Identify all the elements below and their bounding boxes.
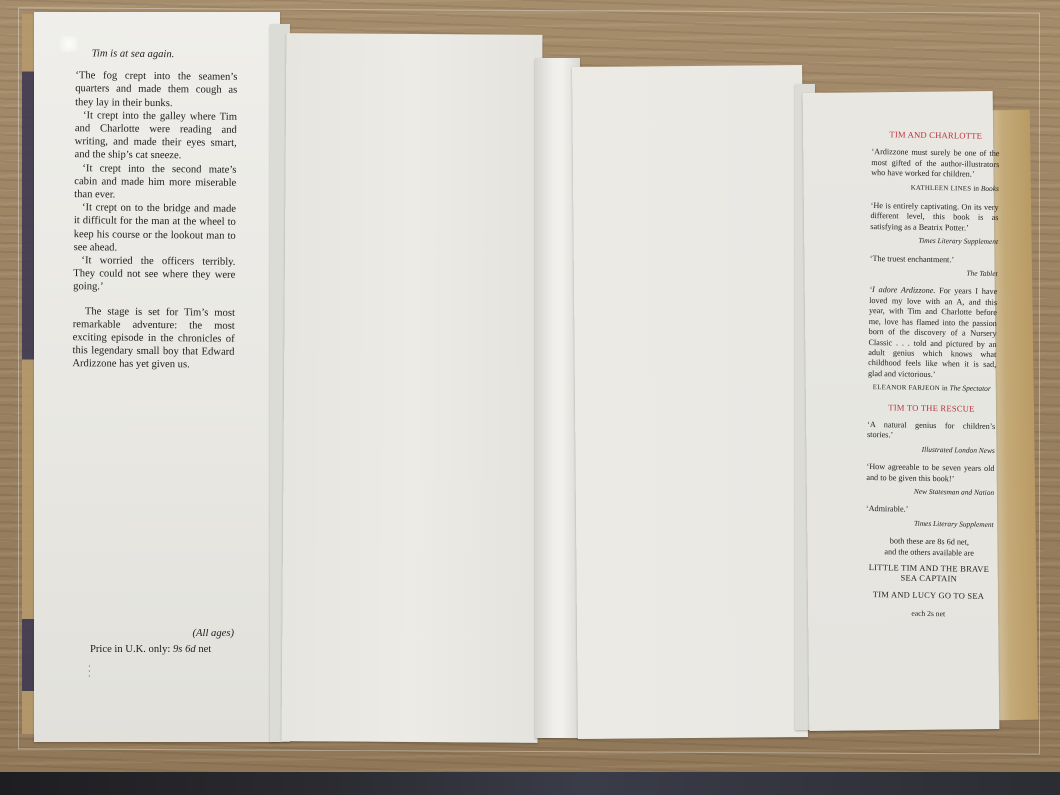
excerpt-paragraph: ‘The fog crept into the seamen’s quarter… xyxy=(75,69,237,110)
review-quote: ‘He is entirely captivating. On its very… xyxy=(870,201,998,234)
price-line: Price in U.K. only: 9s 6d net xyxy=(90,642,240,658)
age-range: (All ages) xyxy=(90,626,240,642)
inner-front-panel xyxy=(282,33,543,743)
section-heading: TIM TO THE RESCUE xyxy=(867,402,995,414)
review-quote: ‘How agreeable to be seven years old and… xyxy=(866,462,994,485)
review-source: KATHLEEN LINES in Books xyxy=(871,182,999,195)
review-quote: ‘Ardizzone must surely be one of the mos… xyxy=(871,147,999,180)
pencil-marks: ··· xyxy=(88,664,91,679)
jacket-front-edge xyxy=(22,14,34,734)
review-quote: ‘The truest enchantment.’ xyxy=(870,254,998,266)
excerpt-paragraph: ‘It crept into the galley where Tim and … xyxy=(74,109,237,164)
excerpt-paragraph: ‘It crept into the second mate’s cabin a… xyxy=(74,162,236,203)
price-pence: 6d xyxy=(185,644,196,655)
review-source: Times Literary Supplement xyxy=(866,518,994,530)
review-source: ELEANOR FARJEON in The Spectator xyxy=(868,382,996,395)
other-title: LITTLE TIM AND THE BRAVE SEA CAPTAIN xyxy=(865,563,993,586)
floor xyxy=(0,772,1060,795)
blurb: The stage is set for Tim’s most remarkab… xyxy=(72,305,235,373)
review-quote: ‘I adore Ardizzone. For years I have lov… xyxy=(868,285,997,381)
review-source: Illustrated London News xyxy=(867,444,995,456)
other-title: TIM AND LUCY GO TO SEA xyxy=(864,590,992,602)
front-flap-text: Tim is at sea again. ‘The fog crept into… xyxy=(72,47,237,372)
price-block: (All ages) Price in U.K. only: 9s 6d net xyxy=(90,626,240,658)
review-quote: ‘Admirable.’ xyxy=(866,504,994,516)
flap-title: Tim is at sea again. xyxy=(92,47,238,62)
price-suffix: net xyxy=(198,644,211,655)
price-label: Price in U.K. only: xyxy=(90,644,170,655)
section-heading: TIM AND CHARLOTTE xyxy=(872,129,1000,141)
excerpt-paragraph: ‘It worried the officers terribly. They … xyxy=(73,254,235,295)
other-titles-price: each 2s net xyxy=(864,608,992,620)
review-quote: ‘A natural genius for children’s stories… xyxy=(867,420,995,443)
excerpt-paragraph: ‘It crept on to the bridge and made it d… xyxy=(74,201,237,256)
availability-line: and the others available are xyxy=(865,547,993,559)
back-flap-text: TIM AND CHARLOTTE ‘Ardizzone must surely… xyxy=(864,127,1000,621)
inner-back-panel xyxy=(572,65,808,739)
price-shillings: 9s xyxy=(173,644,182,655)
review-source: Times Literary Supplement xyxy=(870,235,998,247)
review-source: New Statesman and Nation xyxy=(866,486,994,498)
review-source: The Tablet xyxy=(870,267,998,279)
